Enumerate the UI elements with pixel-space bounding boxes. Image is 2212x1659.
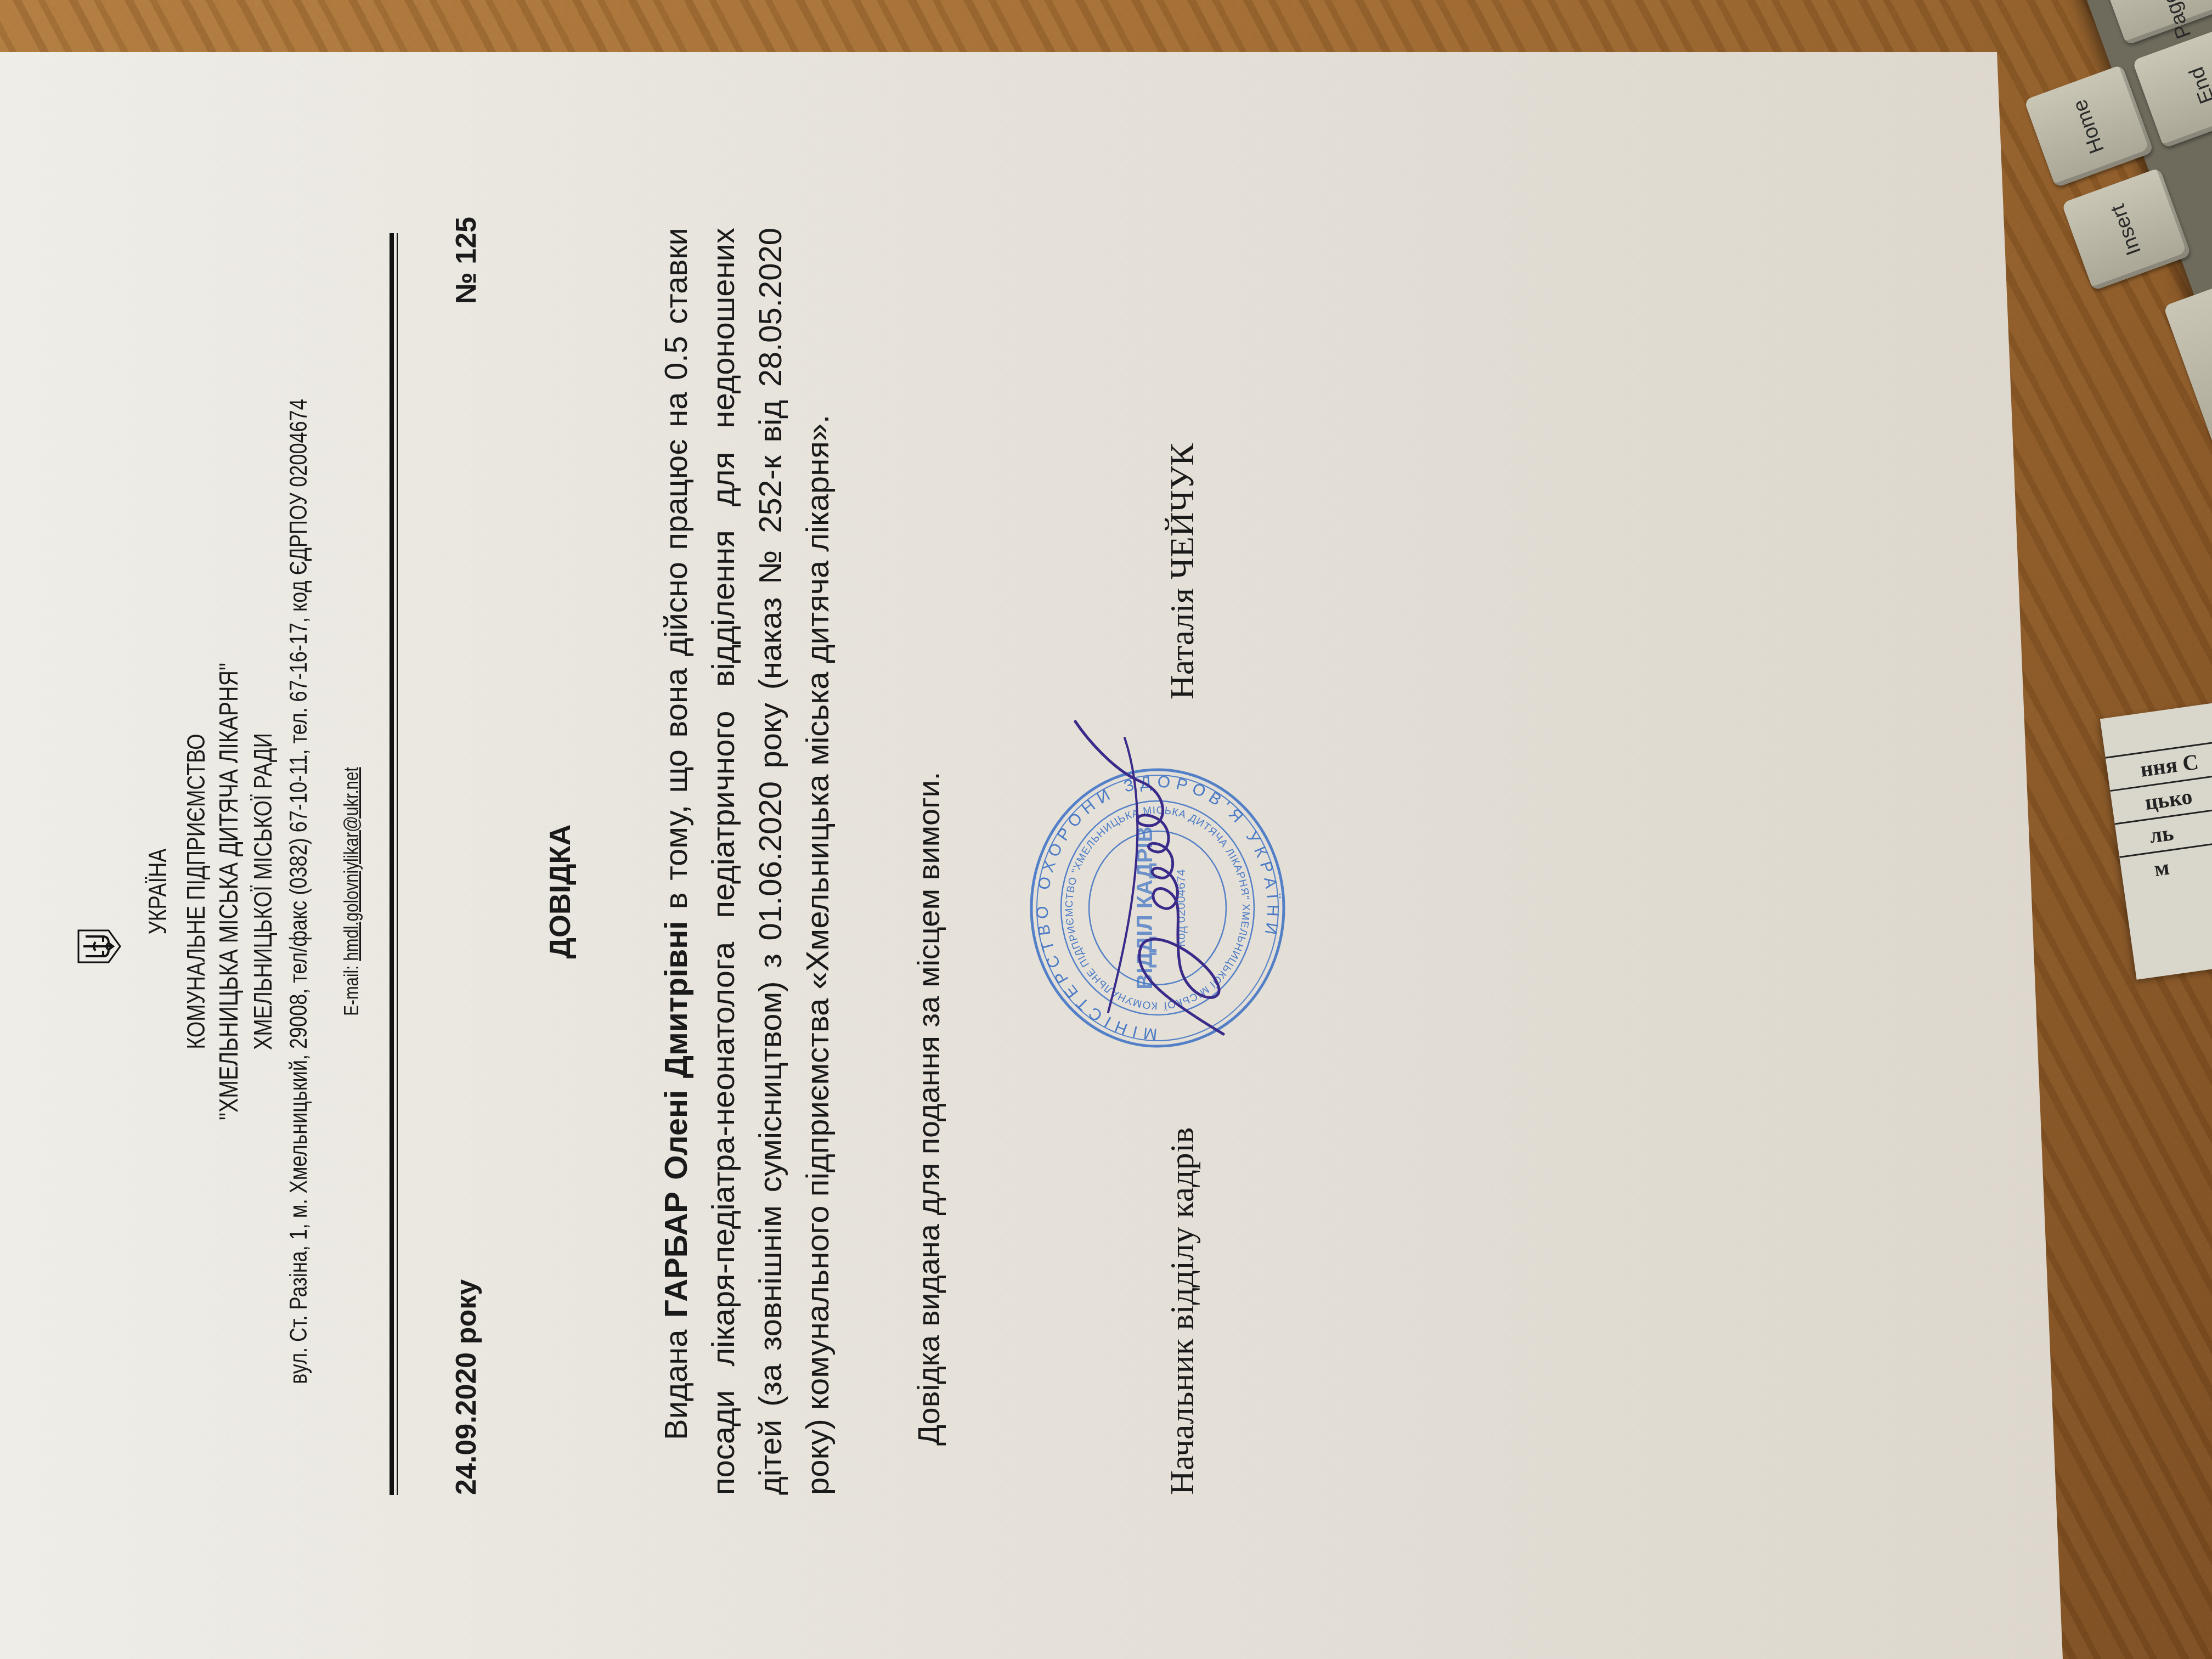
email-link[interactable]: hmdl.golovniylikar@ukr.net [340,767,363,961]
coat-of-arms-icon [77,929,122,964]
signatory-name: Наталія ЧЕЙЧУК [1163,443,1202,699]
document-body: Видана ГАРБАР Олені Дмитрівні в тому, що… [653,228,842,1495]
header-rule [390,233,394,1495]
keyboard: Page Down End Home Insert Backspace + [2063,0,2212,697]
header-org-name: "ХМЕЛЬНИЦЬКА МІСЬКА ДИТЯЧА ЛІКАРНЯ" [214,284,244,1499]
body-lead: Видана [658,1318,694,1440]
header-address: вул. Ст. Разіна, 1, м. Хмельницький, 290… [285,284,313,1499]
key-backspace: Backspace [2163,250,2212,461]
header-council: ХМЕЛЬНИЦЬКОЇ МІСЬКОЇ РАДИ [248,284,278,1499]
body-person: ГАРБАР Олені Дмитрівні [658,921,694,1318]
document-sheet: УКРАЇНА КОМУНАЛЬНЕ ПІДПРИЄМСТВО "ХМЕЛЬНИ… [0,52,2079,1659]
header-country: УКРАЇНА [143,284,172,1499]
header-rule-thin [397,233,398,1495]
signatory-title: Начальник відділу кадрів [1163,1127,1202,1495]
document-page: УКРАЇНА КОМУНАЛЬНЕ ПІДПРИЄМСТВО "ХМЕЛЬНИ… [77,151,1404,1632]
email-label: E-mail: [340,961,363,1016]
document-title: ДОВІДКА [543,151,577,1632]
other-papers: ння С цько ль м [2100,699,2212,980]
header-email-line: E-mail: hmdl.golovniylikar@ukr.net [340,284,363,1499]
document-number: № 125 [450,217,483,304]
document-date: 24.09.2020 року [450,1279,483,1495]
handwritten-signature [1042,716,1273,1067]
key-home: Home [2024,64,2154,188]
header-org-type: КОМУНАЛЬНЕ ПІДПРИЄМСТВО [181,284,211,1499]
key-insert: Insert [2062,167,2192,291]
document-closing: Довідка видана для подання за місцем вим… [911,772,946,1446]
